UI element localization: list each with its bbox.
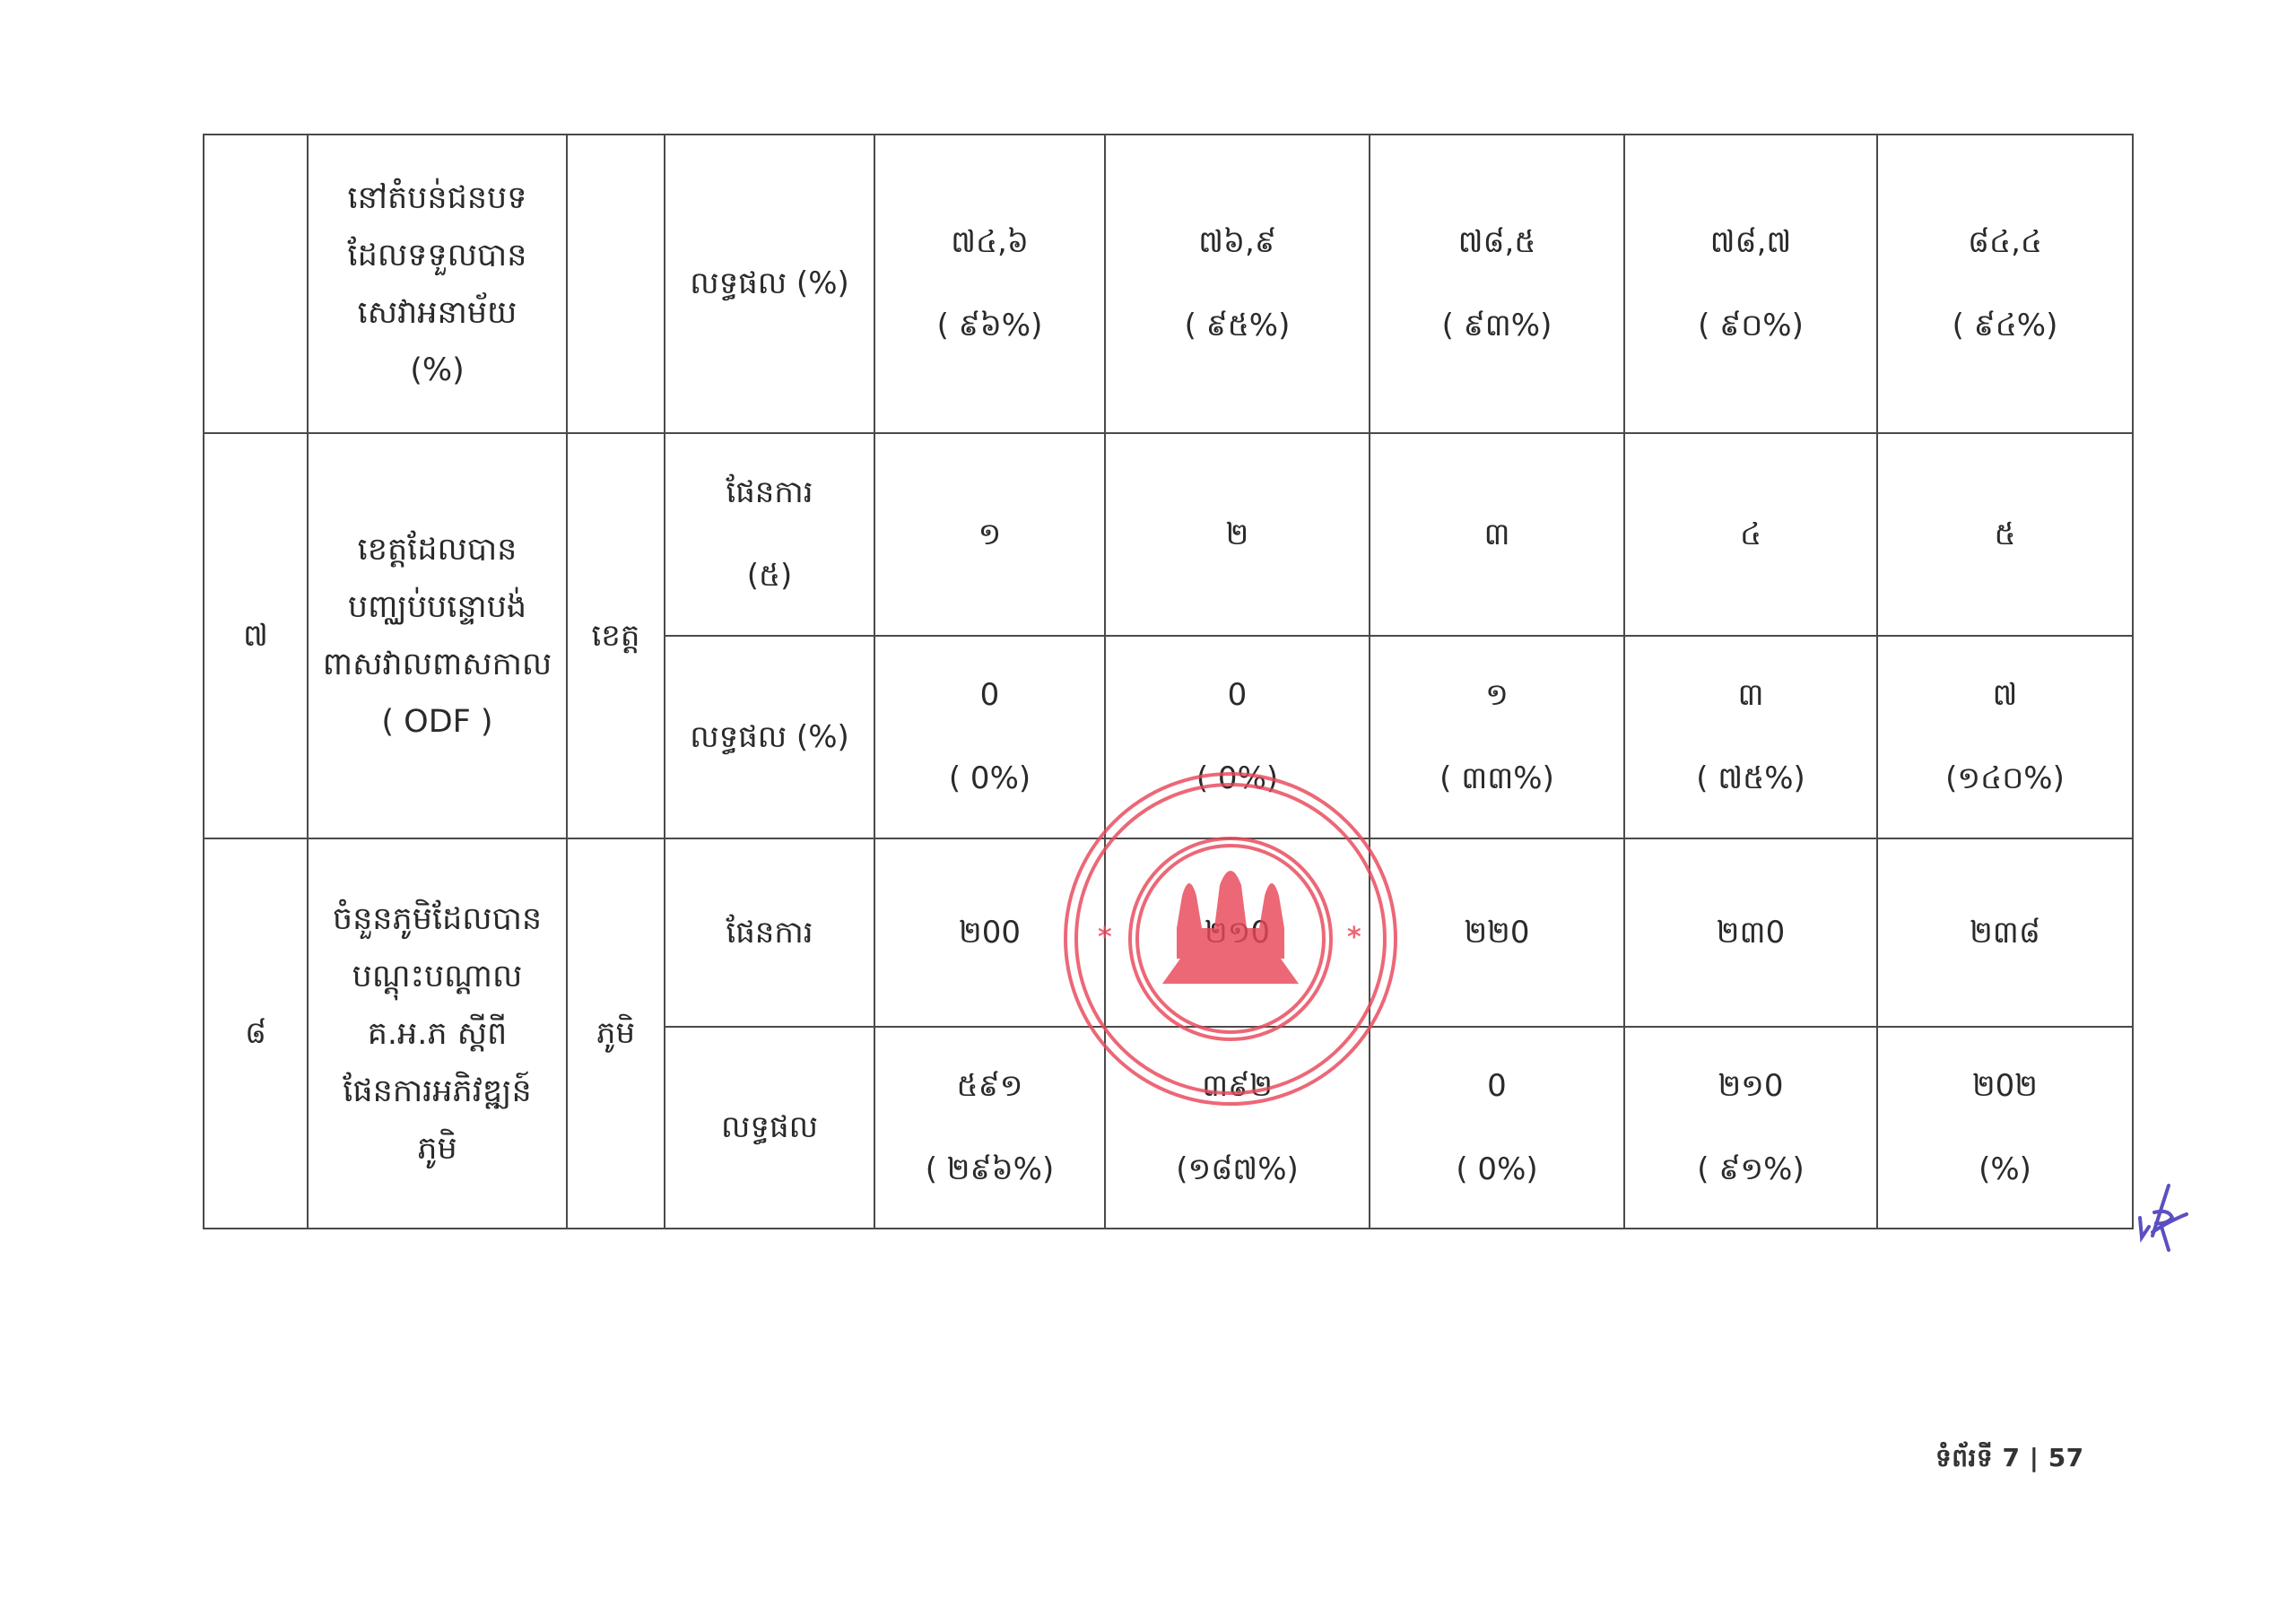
value: ១ — [978, 517, 1002, 553]
value-percent: ( ២៩៦%) — [926, 1151, 1055, 1188]
value: ១ — [1485, 677, 1509, 714]
indicator-line: បណ្ដុះបណ្ដាល — [352, 958, 523, 995]
metric-label: លទ្ធផល (%) — [690, 719, 849, 756]
value-cell: ២៣0 — [1624, 838, 1877, 1027]
value-cell: ៥៩១( ២៩៦%) — [874, 1027, 1105, 1229]
indicator-line: ( ODF ) — [381, 703, 492, 741]
document-page: នៅតំបន់ជនបទដែលទទួលបានសេវាអនាម័យ(%)លទ្ធផល… — [0, 0, 2296, 1624]
value: ៣៩២ — [1202, 1068, 1273, 1105]
value-cell: 0( 0%) — [1105, 636, 1370, 838]
value-cell: ៥ — [1877, 433, 2133, 636]
value-cell: ៧៨,៧( ៩០%) — [1624, 135, 1877, 433]
value-percent: ( ៩៥%) — [1185, 308, 1291, 344]
unit-cell: ខេត្ត — [567, 433, 665, 838]
value: ៥ — [1994, 517, 2015, 553]
value: ៨៤,៤ — [1968, 224, 2042, 261]
metric-label: (៥) — [747, 558, 793, 595]
value-cell: 0( 0%) — [874, 636, 1105, 838]
value-percent: (១៨៧%) — [1176, 1151, 1299, 1188]
value-cell: ២ — [1105, 433, 1370, 636]
value: ២១0 — [1718, 1068, 1783, 1105]
value-percent: ( ៩៣%) — [1442, 308, 1552, 344]
table-row: ៨ចំនួនភូមិដែលបានបណ្ដុះបណ្ដាលគ.អ.ភ ស្ដីពី… — [204, 838, 2133, 1027]
value-cell: ២១0( ៩១%) — [1624, 1027, 1877, 1229]
value: 0 — [1228, 677, 1248, 714]
value-percent: ( 0%) — [949, 760, 1031, 797]
page-number: 7 — [2002, 1443, 2020, 1472]
value: ៣ — [1737, 677, 1763, 714]
value-cell: ៨៤,៤( ៩៤%) — [1877, 135, 2133, 433]
indicator-line: សេវាអនាម័យ — [358, 294, 517, 332]
value-cell: ៧៤,៦( ៩៦%) — [874, 135, 1105, 433]
page-separator: | — [2030, 1443, 2039, 1472]
indicator-line: ផែនការអភិវឌ្ឍន៍ — [343, 1073, 531, 1110]
unit-cell: ភូមិ — [567, 838, 665, 1229]
value: ៧ — [1993, 677, 2018, 714]
row-index-cell: ៧ — [204, 433, 308, 838]
value: ៤ — [1740, 517, 1761, 553]
indicator-line: ភូមិ — [417, 1130, 457, 1168]
value: ៥៩១ — [957, 1068, 1023, 1105]
value-cell: ១( ៣៣%) — [1370, 636, 1624, 838]
value-cell: 0( 0%) — [1370, 1027, 1624, 1229]
value: ៧៨,៧ — [1710, 224, 1792, 261]
unit-cell — [567, 135, 665, 433]
table-row: ៧ខេត្តដែលបានបញ្ឈប់បន្ទោបង់ពាសវាលពាសកាល( … — [204, 433, 2133, 636]
metric-label: លទ្ធផល — [721, 1109, 818, 1146]
value-cell: ៧៨,៥( ៩៣%) — [1370, 135, 1624, 433]
value: ២0២ — [1972, 1068, 2038, 1105]
value-percent: ( 0%) — [1196, 760, 1278, 797]
value: 0 — [1487, 1068, 1507, 1105]
value-cell: ២១0 — [1105, 838, 1370, 1027]
metric-label-cell: ផែនការ — [665, 838, 874, 1027]
value: ៧៤,៦ — [951, 224, 1029, 261]
value-cell: ២២0 — [1370, 838, 1624, 1027]
indicator-table: នៅតំបន់ជនបទដែលទទួលបានសេវាអនាម័យ(%)លទ្ធផល… — [203, 134, 2134, 1229]
value: ២00 — [959, 915, 1021, 951]
metric-label-cell: ផែនការ(៥) — [665, 433, 874, 636]
value-cell: ៧៦,៩( ៩៥%) — [1105, 135, 1370, 433]
metric-label-cell: លទ្ធផល — [665, 1027, 874, 1229]
value-cell: ៧(១៤០%) — [1877, 636, 2133, 838]
value: ២៣៨ — [1970, 915, 2040, 951]
value-cell: ២0២(%) — [1877, 1027, 2133, 1229]
metric-label: ផែនការ — [726, 915, 813, 951]
value-percent: (%) — [1979, 1151, 2031, 1188]
metric-label-cell: លទ្ធផល (%) — [665, 636, 874, 838]
value-percent: ( ៩៦%) — [937, 308, 1043, 344]
indicator-line: (%) — [410, 352, 465, 389]
indicator-cell: នៅតំបន់ជនបទដែលទទួលបានសេវាអនាម័យ(%) — [308, 135, 567, 433]
row-index-cell: ៨ — [204, 838, 308, 1229]
value: ៧៨,៥ — [1458, 224, 1536, 261]
value-cell: ២00 — [874, 838, 1105, 1027]
indicator-line: ពាសវាលពាសកាល — [323, 646, 552, 683]
value-cell: ៣ — [1370, 433, 1624, 636]
value-percent: ( ៩៤%) — [1952, 308, 2058, 344]
value-percent: ( ៧៥%) — [1696, 760, 1805, 797]
page-label: ទំព័រទី — [1935, 1443, 1993, 1472]
value-percent: ( ៩១%) — [1697, 1151, 1804, 1188]
value: ៣ — [1483, 517, 1509, 553]
metric-label: ផែនការ — [726, 474, 813, 511]
value-cell: ៣៩២(១៨៧%) — [1105, 1027, 1370, 1229]
value-percent: ( 0%) — [1456, 1151, 1537, 1188]
value-percent: (១៤០%) — [1945, 760, 2065, 797]
metric-label-cell: លទ្ធផល (%) — [665, 135, 874, 433]
value-cell: ២៣៨ — [1877, 838, 2133, 1027]
total-pages: 57 — [2048, 1443, 2084, 1472]
value-cell: ៤ — [1624, 433, 1877, 636]
page-footer: ទំព័រទី 7 | 57 — [1935, 1442, 2084, 1479]
value-percent: ( ៣៣%) — [1439, 760, 1554, 797]
indicator-line: នៅតំបន់ជនបទ — [348, 179, 527, 217]
indicator-line: ចំនួនភូមិដែលបាន — [333, 900, 542, 938]
indicator-line: គ.អ.ភ ស្ដីពី — [368, 1015, 508, 1053]
signature-initials-icon — [2133, 1182, 2196, 1254]
value: ២៣0 — [1717, 915, 1785, 951]
table-row: នៅតំបន់ជនបទដែលទទួលបានសេវាអនាម័យ(%)លទ្ធផល… — [204, 135, 2133, 433]
value: ២២0 — [1464, 915, 1529, 951]
indicator-cell: ខេត្តដែលបានបញ្ឈប់បន្ទោបង់ពាសវាលពាសកាល( O… — [308, 433, 567, 838]
value-cell: ១ — [874, 433, 1105, 636]
value: ៧៦,៩ — [1198, 224, 1276, 261]
indicator-line: ដែលទទួលបាន — [348, 237, 527, 274]
value-percent: ( ៩០%) — [1698, 308, 1804, 344]
indicator-line: ខេត្តដែលបាន — [358, 531, 517, 569]
indicator-cell: ចំនួនភូមិដែលបានបណ្ដុះបណ្ដាលគ.អ.ភ ស្ដីពីផ… — [308, 838, 567, 1229]
value: ២១0 — [1205, 915, 1270, 951]
value: ២ — [1226, 517, 1249, 553]
value: 0 — [980, 677, 1000, 714]
indicator-line: បញ្ឈប់បន្ទោបង់ — [348, 588, 526, 626]
row-index-cell — [204, 135, 308, 433]
value-cell: ៣( ៧៥%) — [1624, 636, 1877, 838]
metric-label: លទ្ធផល (%) — [690, 265, 849, 302]
